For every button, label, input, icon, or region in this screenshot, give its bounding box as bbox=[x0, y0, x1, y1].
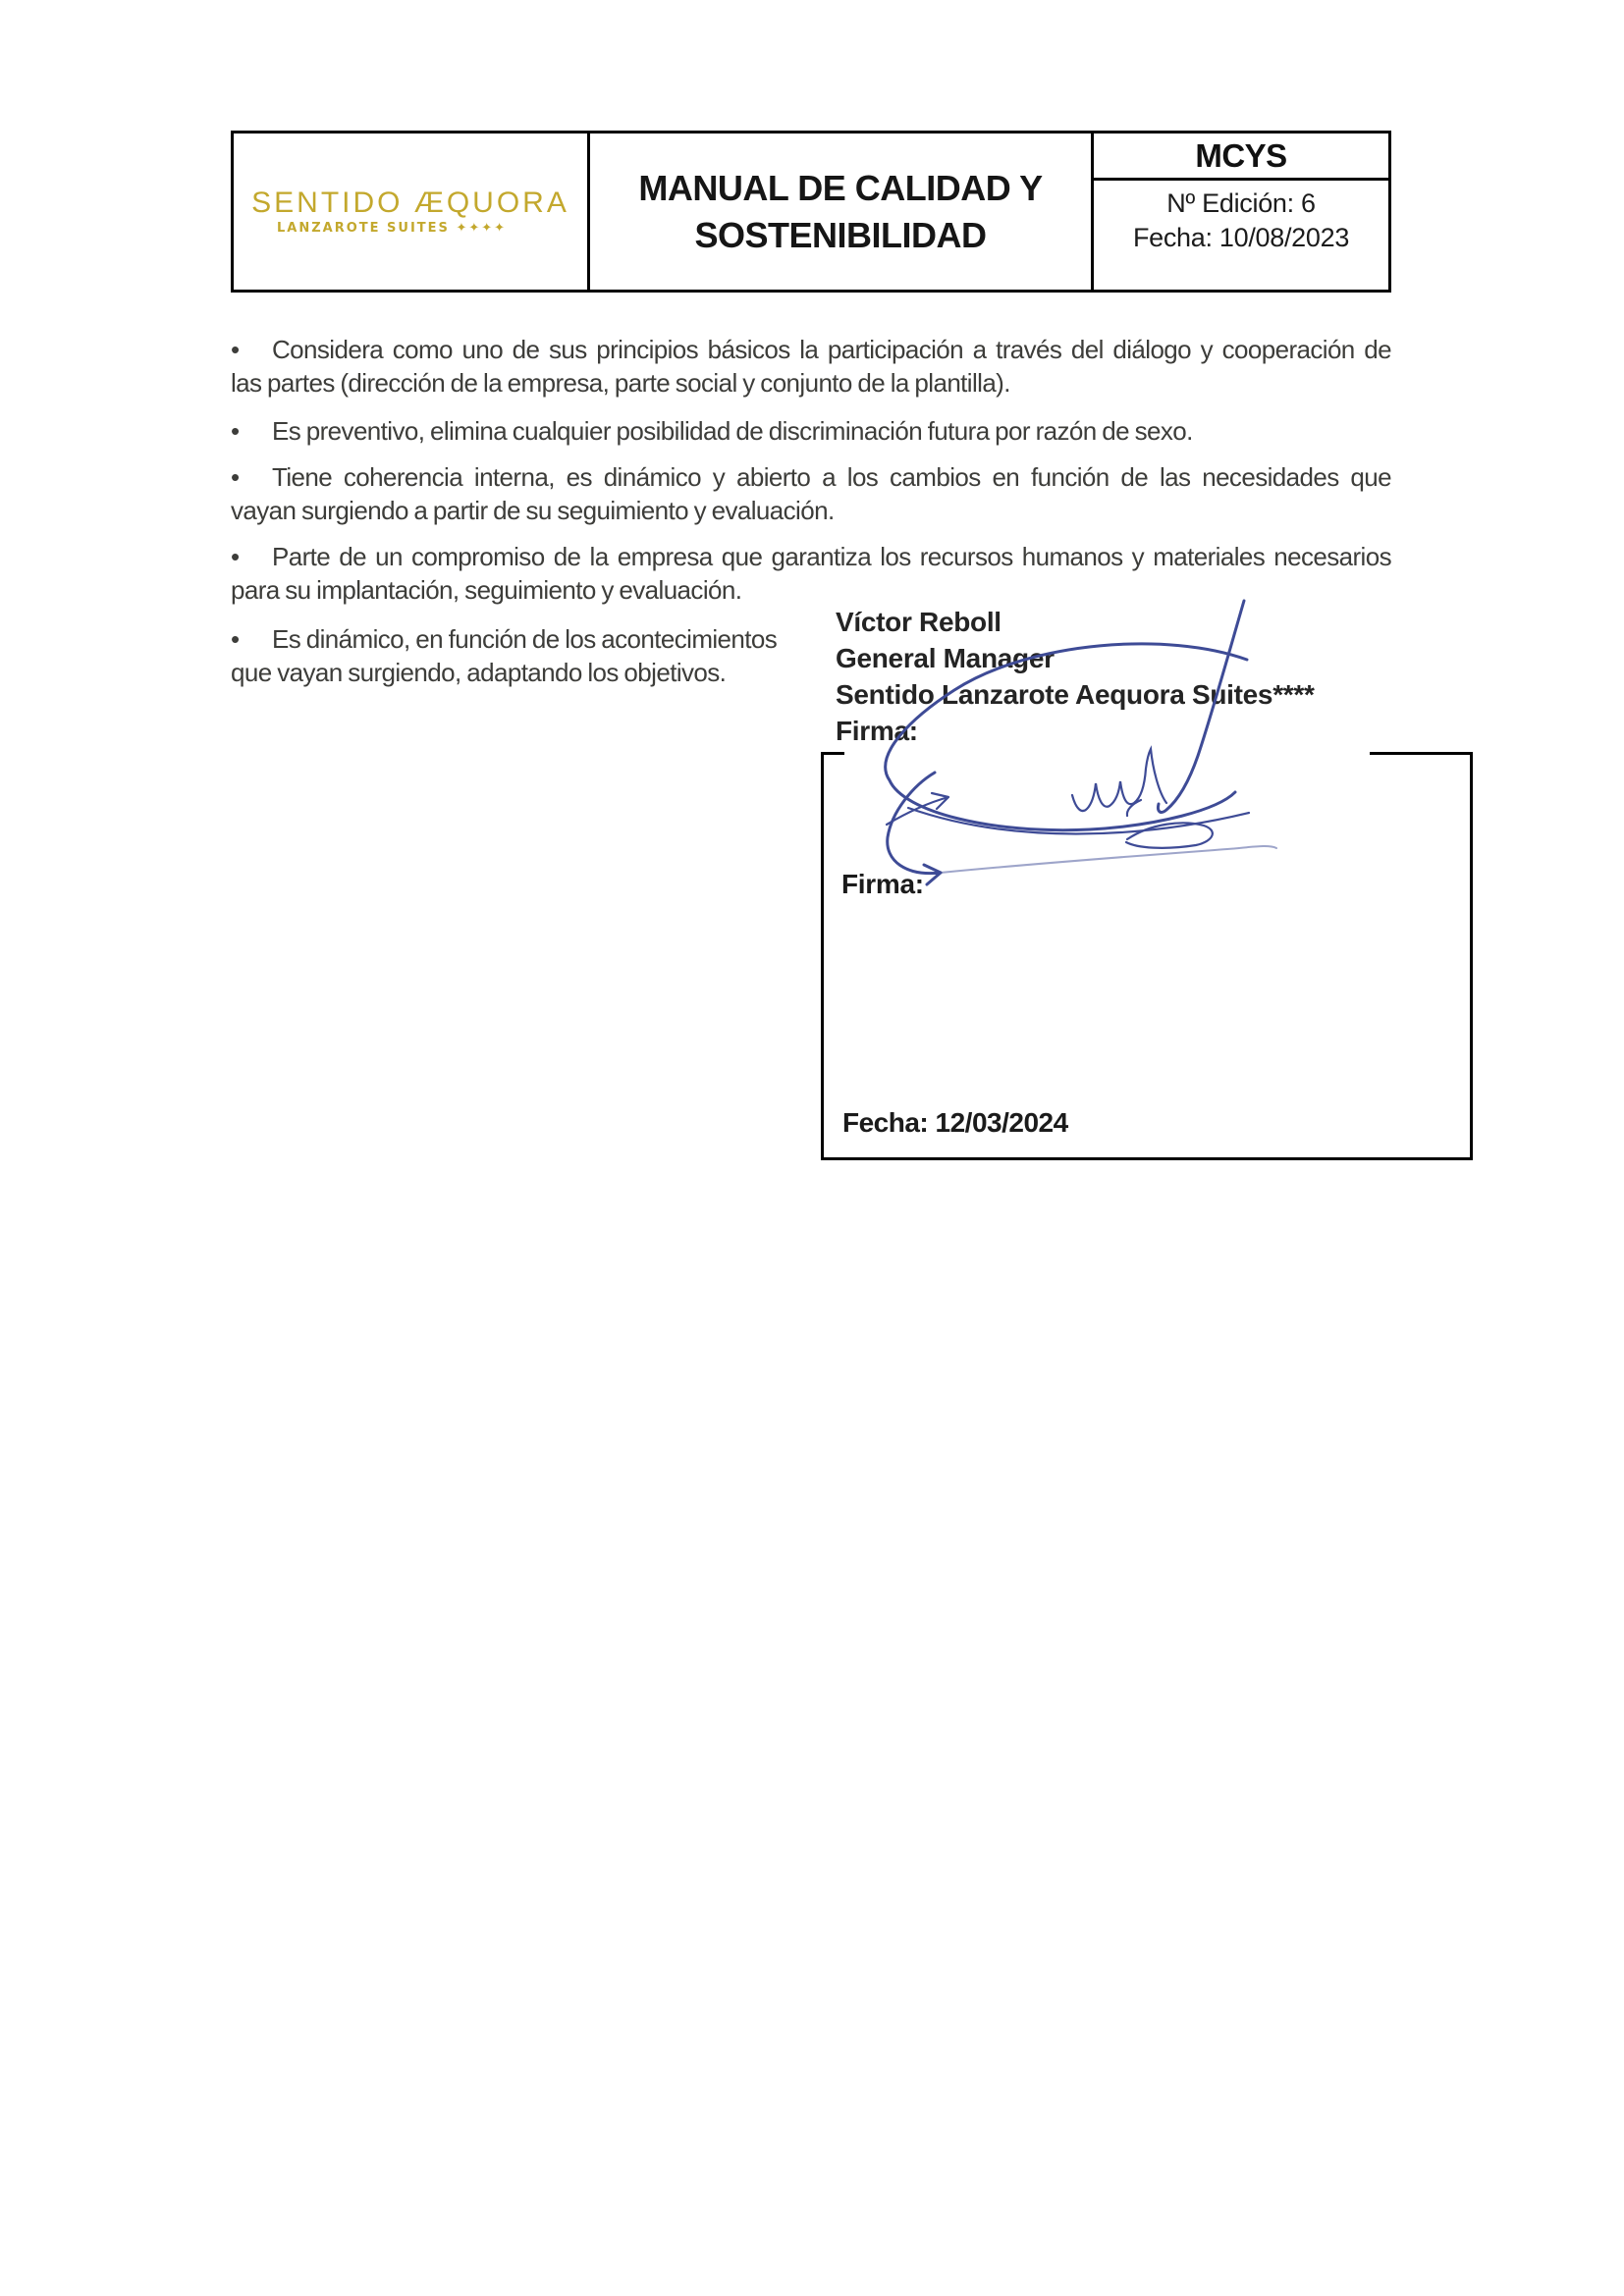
bullet-paragraph: •Tiene coherencia interna, es dinámico y… bbox=[231, 460, 1391, 527]
bullet-dot: • bbox=[231, 414, 272, 448]
code-cell: MCYS Nº Edición: 6 Fecha: 10/08/2023 bbox=[1091, 133, 1388, 290]
logo-subtitle-text: LANZAROTE SUITES bbox=[277, 221, 450, 236]
title-cell: MANUAL DE CALIDAD Y SOSTENIBILIDAD bbox=[587, 133, 1091, 290]
logo-cell: SENTIDO ÆQUORA LANZAROTE SUITES ✦✦✦✦ bbox=[234, 133, 587, 290]
bullet-text: que vayan surgiendo, adaptando los objet… bbox=[231, 656, 839, 689]
edition-info: Nº Edición: 6 Fecha: 10/08/2023 bbox=[1094, 181, 1388, 290]
bullet-text: vayan surgiendo a partir de su seguimien… bbox=[231, 494, 1391, 527]
document-code: MCYS bbox=[1094, 133, 1388, 181]
bullet-line: •Es preventivo, elimina cualquier posibi… bbox=[231, 414, 1391, 448]
signature-image bbox=[815, 545, 1443, 898]
bullet-text: las partes (dirección de la empresa, par… bbox=[231, 366, 1391, 400]
bullet-paragraph: •Es preventivo, elimina cualquier posibi… bbox=[231, 414, 1391, 448]
bullet-text: Considera como uno de sus principios bás… bbox=[272, 335, 1391, 364]
hotel-logo: SENTIDO ÆQUORA bbox=[251, 187, 569, 220]
bullet-text: Es preventivo, elimina cualquier posibil… bbox=[272, 416, 1193, 446]
bullet-line: •Considera como uno de sus principios bá… bbox=[231, 333, 1391, 366]
header-table: SENTIDO ÆQUORA LANZAROTE SUITES ✦✦✦✦ MAN… bbox=[231, 131, 1391, 293]
document-page: SENTIDO ÆQUORA LANZAROTE SUITES ✦✦✦✦ MAN… bbox=[0, 0, 1624, 2296]
bullet-line: •Tiene coherencia interna, es dinámico y… bbox=[231, 460, 1391, 494]
fecha-label: Fecha: 12/03/2024 bbox=[842, 1107, 1068, 1139]
document-title-line2: SOSTENIBILIDAD bbox=[694, 212, 986, 259]
four-star-icons: ✦✦✦✦ bbox=[456, 221, 507, 236]
bullet-text: Es dinámico, en función de los acontecim… bbox=[272, 624, 777, 654]
bullet-paragraph: •Considera como uno de sus principios bá… bbox=[231, 333, 1391, 400]
bullet-dot: • bbox=[231, 333, 272, 366]
hotel-logo-subtitle: LANZAROTE SUITES ✦✦✦✦ bbox=[277, 220, 507, 237]
edition-number: Nº Edición: 6 bbox=[1094, 187, 1388, 221]
bullet-text: Tiene coherencia interna, es dinámico y … bbox=[272, 462, 1391, 492]
bullet-dot: • bbox=[231, 540, 272, 573]
bullet-dot: • bbox=[231, 460, 272, 494]
bullet-paragraph: •Es dinámico, en función de los aconteci… bbox=[231, 622, 839, 689]
bullet-dot: • bbox=[231, 622, 272, 656]
document-title-line1: MANUAL DE CALIDAD Y bbox=[638, 165, 1042, 212]
edition-date: Fecha: 10/08/2023 bbox=[1094, 221, 1388, 255]
bullet-line: •Es dinámico, en función de los aconteci… bbox=[231, 622, 839, 656]
